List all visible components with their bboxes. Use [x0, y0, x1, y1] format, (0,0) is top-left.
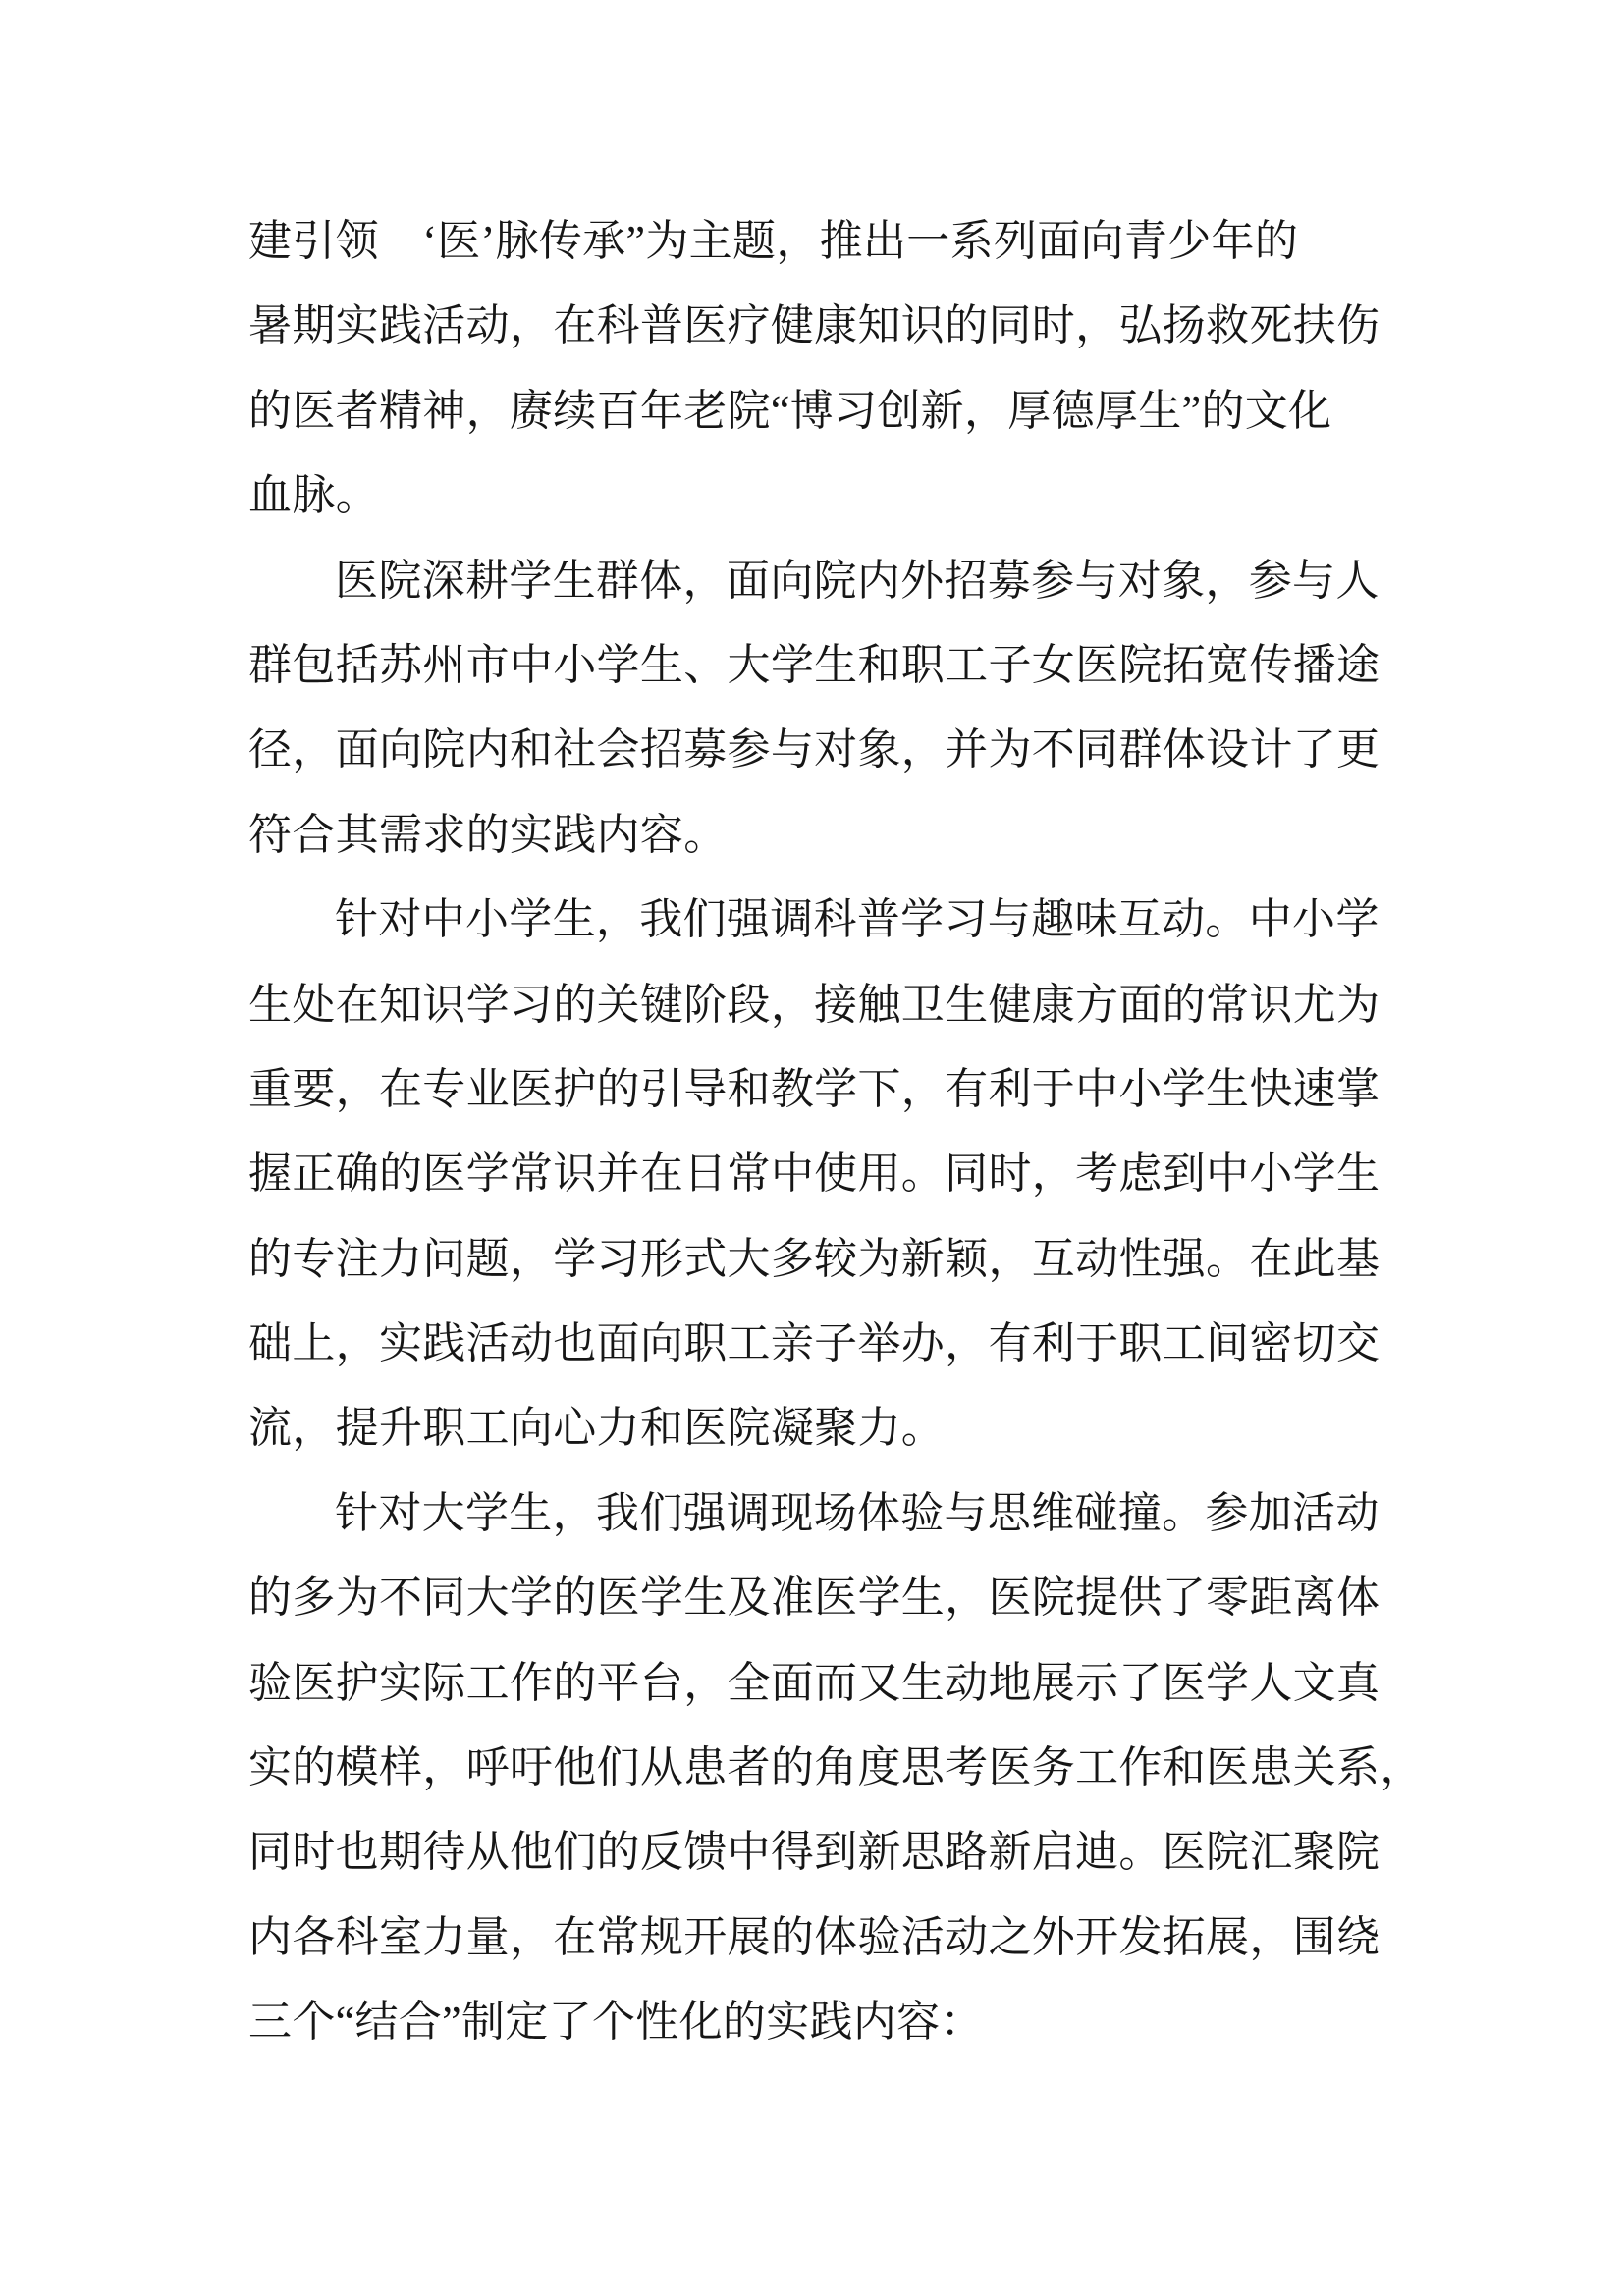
text-block: 建引领 ‘医’脉传承”为主题，推出一系列面向青少年的暑期实践活动，在科普医疗健康…: [248, 199, 1387, 2065]
text-line: 针对中小学生，我们强调科普学习与趣味互动。中小学: [248, 878, 1387, 962]
text-line: 的医者精神，赓续百年老院“博习创新，厚德厚生”的文化: [248, 369, 1387, 454]
text-line: 验医护实际工作的平台，全面而又生动地展示了医学人文真: [248, 1641, 1387, 1726]
text-line: 生处在知识学习的关键阶段，接触卫生健康方面的常识尤为: [248, 963, 1387, 1047]
text-line: 流，提升职工向心力和医院凝聚力。: [248, 1386, 1387, 1470]
paragraph: 针对大学生，我们强调现场体验与思维碰撞。参加活动的多为不同大学的医学生及准医学生…: [248, 1471, 1387, 2065]
paragraph: 针对中小学生，我们强调科普学习与趣味互动。中小学生处在知识学习的关键阶段，接触卫…: [248, 878, 1387, 1471]
text-line: 径，面向院内和社会招募参与对象，并为不同群体设计了更: [248, 708, 1387, 792]
text-line: 内各科室力量，在常规开展的体验活动之外开发拓展，围绕: [248, 1896, 1387, 1980]
text-line: 血脉。: [248, 454, 1387, 538]
text-line: 础上，实践活动也面向职工亲子举办，有利于职工间密切交: [248, 1302, 1387, 1386]
text-line: 握正确的医学常识并在日常中使用。同时，考虑到中小学生: [248, 1132, 1387, 1216]
text-line: 医院深耕学生群体，面向院内外招募参与对象，参与人: [248, 539, 1387, 623]
text-line: 符合其需求的实践内容。: [248, 793, 1387, 878]
text-line: 三个“结合”制定了个性化的实践内容：: [248, 1980, 1387, 2064]
text-line: 的多为不同大学的医学生及准医学生，医院提供了零距离体: [248, 1556, 1387, 1640]
paragraph: 建引领 ‘医’脉传承”为主题，推出一系列面向青少年的暑期实践活动，在科普医疗健康…: [248, 199, 1387, 539]
text-line: 针对大学生，我们强调现场体验与思维碰撞。参加活动: [248, 1471, 1387, 1556]
text-line: 建引领 ‘医’脉传承”为主题，推出一系列面向青少年的: [248, 199, 1387, 284]
text-line: 暑期实践活动，在科普医疗健康知识的同时，弘扬救死扶伤: [248, 284, 1387, 368]
paragraph: 医院深耕学生群体，面向院内外招募参与对象，参与人群包括苏州市中小学生、大学生和职…: [248, 539, 1387, 879]
text-line: 重要，在专业医护的引导和教学下，有利于中小学生快速掌: [248, 1047, 1387, 1132]
text-line: 实的模样，呼吁他们从患者的角度思考医务工作和医患关系，: [248, 1726, 1387, 1810]
text-line: 同时也期待从他们的反馈中得到新思路新启迪。医院汇聚院: [248, 1810, 1387, 1895]
text-line: 群包括苏州市中小学生、大学生和职工子女医院拓宽传播途: [248, 623, 1387, 708]
document-page: 建引领 ‘医’脉传承”为主题，推出一系列面向青少年的暑期实践活动，在科普医疗健康…: [0, 0, 1624, 2296]
text-line: 的专注力问题，学习形式大多较为新颖，互动性强。在此基: [248, 1217, 1387, 1302]
